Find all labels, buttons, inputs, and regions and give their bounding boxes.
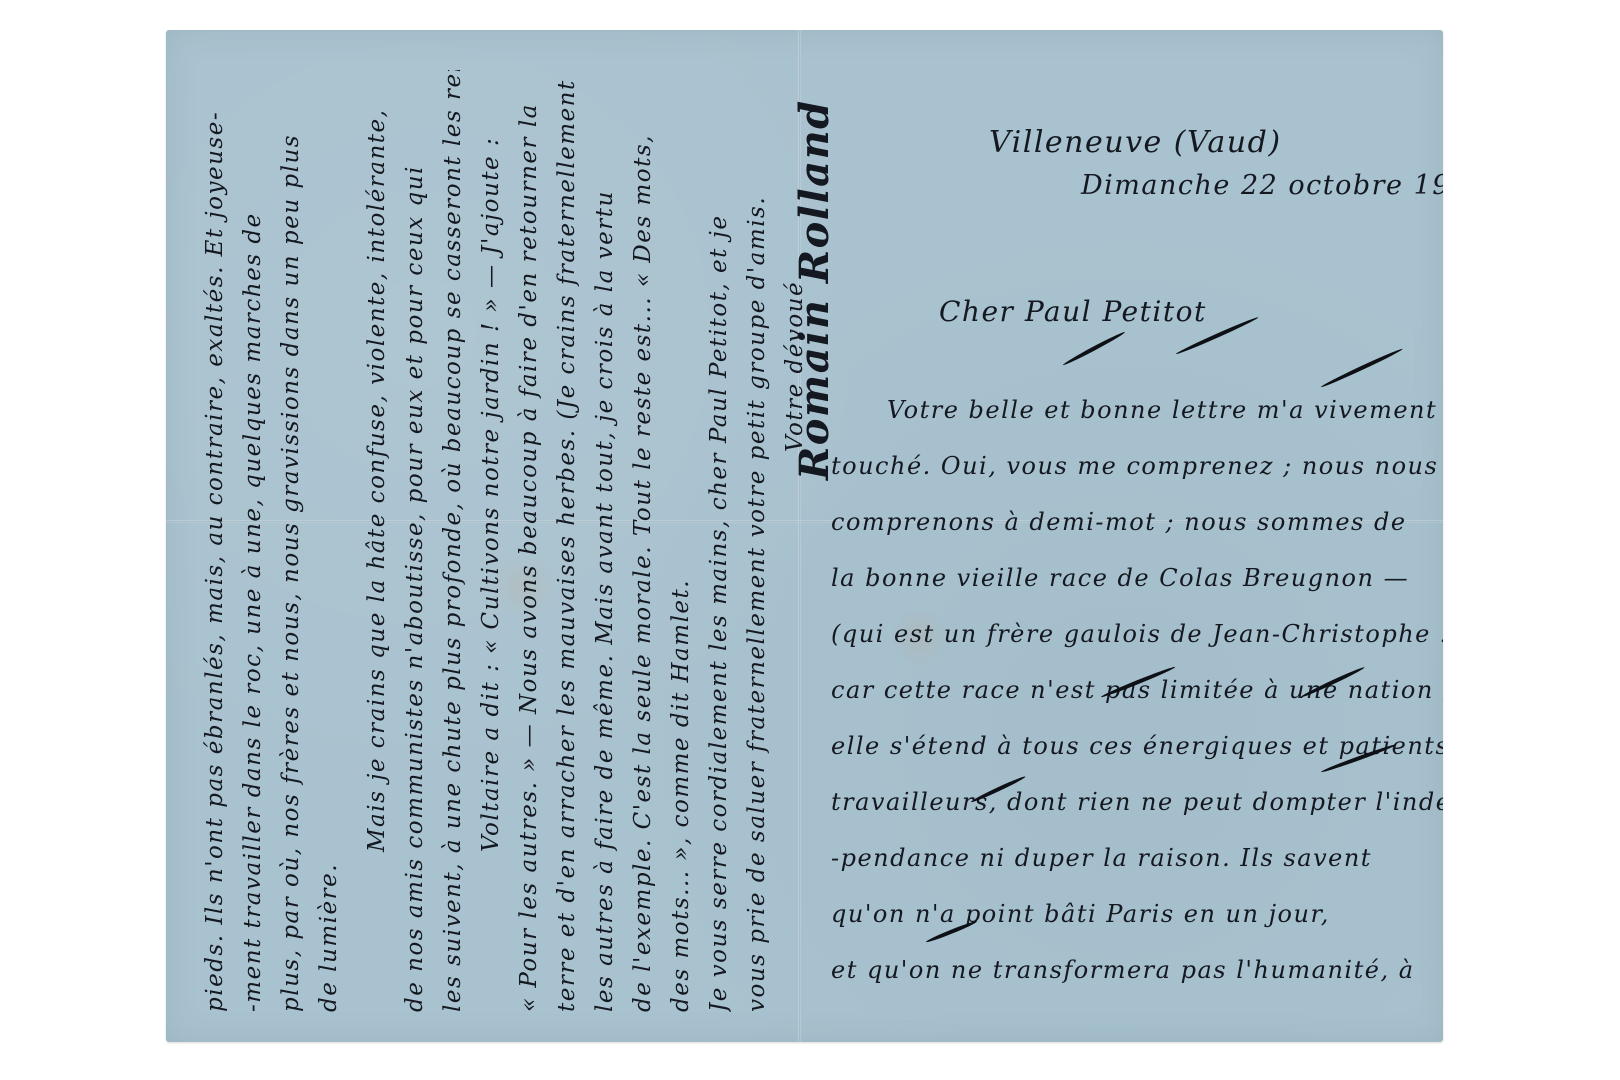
letter-date: Dimanche 22 octobre 1922 [1081,170,1443,201]
body-line: car cette race n'est pas limitée à une n… [831,662,1431,718]
letter-sheet: pieds. Ils n'ont pas ébranlés, mais, au … [166,30,1443,1042]
body-line: touché. Oui, vous me comprenez ; nous no… [831,438,1431,494]
letter-body: Votre belle et bonne lettre m'a vivement… [831,382,1431,998]
body-line: la bonne vieille race de Colas Breugnon … [831,550,1431,606]
letter-place: Villeneuve (Vaud) [989,125,1282,160]
body-line: (qui est un frère gaulois de Jean-Christ… [831,606,1431,662]
left-line: plus, par où, nos frères et nous, nous g… [272,70,310,1012]
body-line: qu'on n'a point bâti Paris en un jour, [831,886,1431,942]
body-line: et qu'on ne transformera pas l'humanité,… [831,942,1431,998]
left-line: Mais je crains que la hâte confuse, viol… [358,70,396,1012]
left-line: -ment travailler dans le roc, une à une,… [234,70,272,1012]
photo-background: pieds. Ils n'ont pas ébranlés, mais, au … [0,0,1620,1080]
body-line: comprenons à demi-mot ; nous sommes de [831,494,1431,550]
body-line: -pendance ni duper la raison. Ils savent [831,830,1431,886]
left-line: de lumière. [310,70,348,1012]
left-line: de l'exemple. C'est la seule morale. Tou… [624,70,662,1012]
salutation: Cher Paul Petitot [939,295,1207,328]
body-line: travailleurs, dont rien ne peut dompter … [831,774,1431,830]
ink-stroke [1062,330,1126,366]
left-line: « Pour les autres. » — Nous avons beauco… [510,70,548,1012]
right-page: Romain Rolland Villeneuve (Vaud) Dimanch… [801,30,1443,1042]
left-line: Voltaire a dit : « Cultivons notre jardi… [472,70,510,1012]
left-line: des mots... », comme dit Hamlet. [662,70,700,1012]
left-line: pieds. Ils n'ont pas ébranlés, mais, au … [196,70,234,1012]
left-line: Je vous serre cordialement les mains, ch… [700,70,738,1012]
left-page-rotated-text: pieds. Ils n'ont pas ébranlés, mais, au … [166,30,798,1042]
left-line: terre et d'en arracher les mauvaises her… [548,70,586,1012]
left-line: de nos amis communistes n'aboutisse, pou… [396,70,434,1012]
left-page: pieds. Ils n'ont pas ébranlés, mais, au … [166,30,798,1042]
body-line: Votre belle et bonne lettre m'a vivement [831,382,1431,438]
left-line: les autres à faire de même. Mais avant t… [586,70,624,1012]
left-line: les suivent, à une chute plus profonde, … [434,70,472,1012]
left-line: vous prie de saluer fraternellement votr… [738,70,776,1012]
